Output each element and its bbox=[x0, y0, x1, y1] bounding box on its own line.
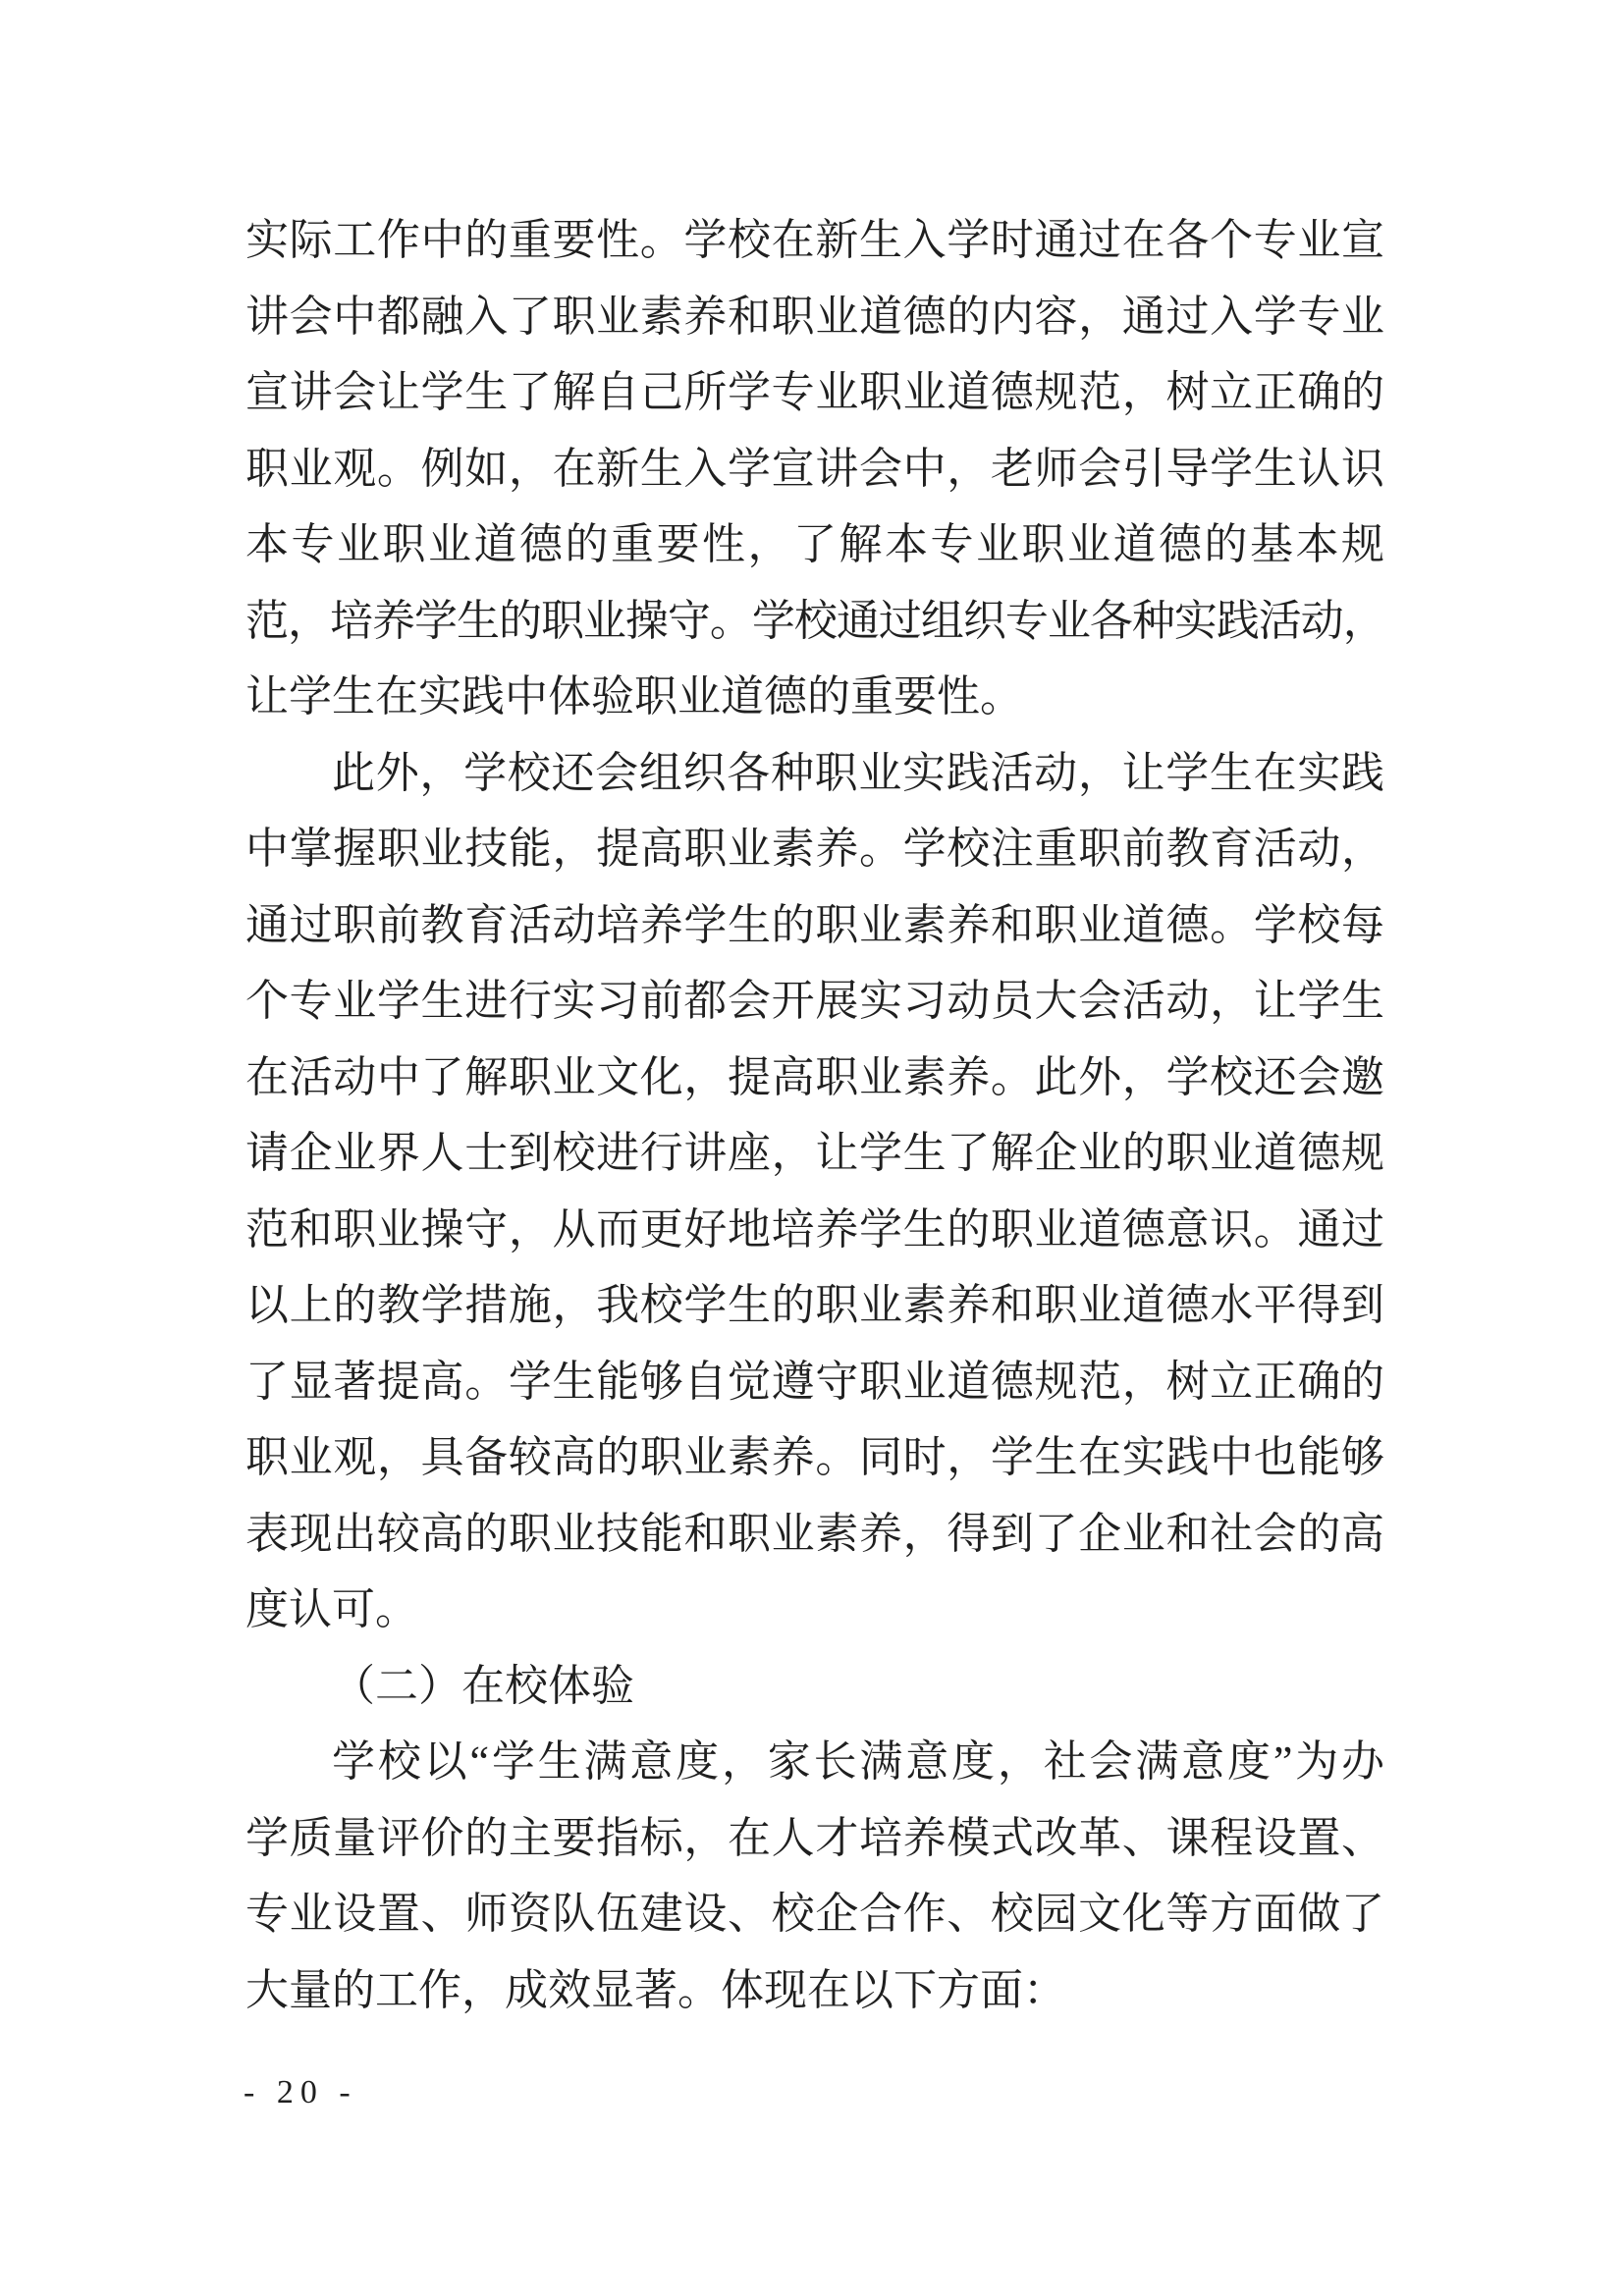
document-page: 实际工作中的重要性。学校在新生入学时通过在各个专业宣 讲会中都融入了职业素养和职… bbox=[0, 0, 1624, 2296]
page-number: - 20 - bbox=[244, 2073, 357, 2112]
text-line: 通过职前教育活动培养学生的职业素养和职业道德。学校每 bbox=[245, 887, 1384, 964]
text-line: 表现出较高的职业技能和职业素养，得到了企业和社会的高 bbox=[245, 1496, 1384, 1573]
text-line: 宣讲会让学生了解自己所学专业职业道德规范，树立正确的 bbox=[245, 354, 1384, 431]
text-line: 度认可。 bbox=[245, 1572, 1384, 1648]
text-line: 本专业职业道德的重要性，了解本专业职业道德的基本规 bbox=[245, 507, 1384, 583]
text-line: 范，培养学生的职业操守。学校通过组织专业各种实践活动， bbox=[245, 583, 1384, 660]
text-line: 讲会中都融入了职业素养和职业道德的内容，通过入学专业 bbox=[245, 279, 1384, 355]
text-line: 在活动中了解职业文化，提高职业素养。此外，学校还会邀 bbox=[245, 1040, 1384, 1116]
text-line: 以上的教学措施，我校学生的职业素养和职业道德水平得到 bbox=[245, 1267, 1384, 1344]
text-line: 让学生在实践中体验职业道德的重要性。 bbox=[245, 659, 1384, 735]
text-line: 中掌握职业技能，提高职业素养。学校注重职前教育活动， bbox=[245, 811, 1384, 887]
text-line: 范和职业操守，从而更好地培养学生的职业道德意识。通过 bbox=[245, 1192, 1384, 1268]
text-line: 了显著提高。学生能够自觉遵守职业道德规范，树立正确的 bbox=[245, 1344, 1384, 1420]
document-body: 实际工作中的重要性。学校在新生入学时通过在各个专业宣 讲会中都融入了职业素养和职… bbox=[245, 202, 1384, 2028]
text-line: 学质量评价的主要指标，在人才培养模式改革、课程设置、 bbox=[245, 1800, 1384, 1877]
text-line: 学校以“学生满意度，家长满意度，社会满意度”为办 bbox=[245, 1724, 1384, 1800]
text-line: 职业观，具备较高的职业素养。同时，学生在实践中也能够 bbox=[245, 1419, 1384, 1496]
text-line: 请企业界人士到校进行讲座，让学生了解企业的职业道德规 bbox=[245, 1115, 1384, 1192]
text-line: 专业设置、师资队伍建设、校企合作、校园文化等方面做了 bbox=[245, 1876, 1384, 1952]
text-line: 此外，学校还会组织各种职业实践活动，让学生在实践 bbox=[245, 735, 1384, 812]
text-line: 实际工作中的重要性。学校在新生入学时通过在各个专业宣 bbox=[245, 202, 1384, 279]
text-line: 个专业学生进行实习前都会开展实习动员大会活动，让学生 bbox=[245, 963, 1384, 1040]
section-heading: （二）在校体验 bbox=[245, 1648, 1384, 1725]
text-line: 大量的工作，成效显著。体现在以下方面： bbox=[245, 1952, 1384, 2029]
text-line: 职业观。例如，在新生入学宣讲会中，老师会引导学生认识 bbox=[245, 431, 1384, 507]
